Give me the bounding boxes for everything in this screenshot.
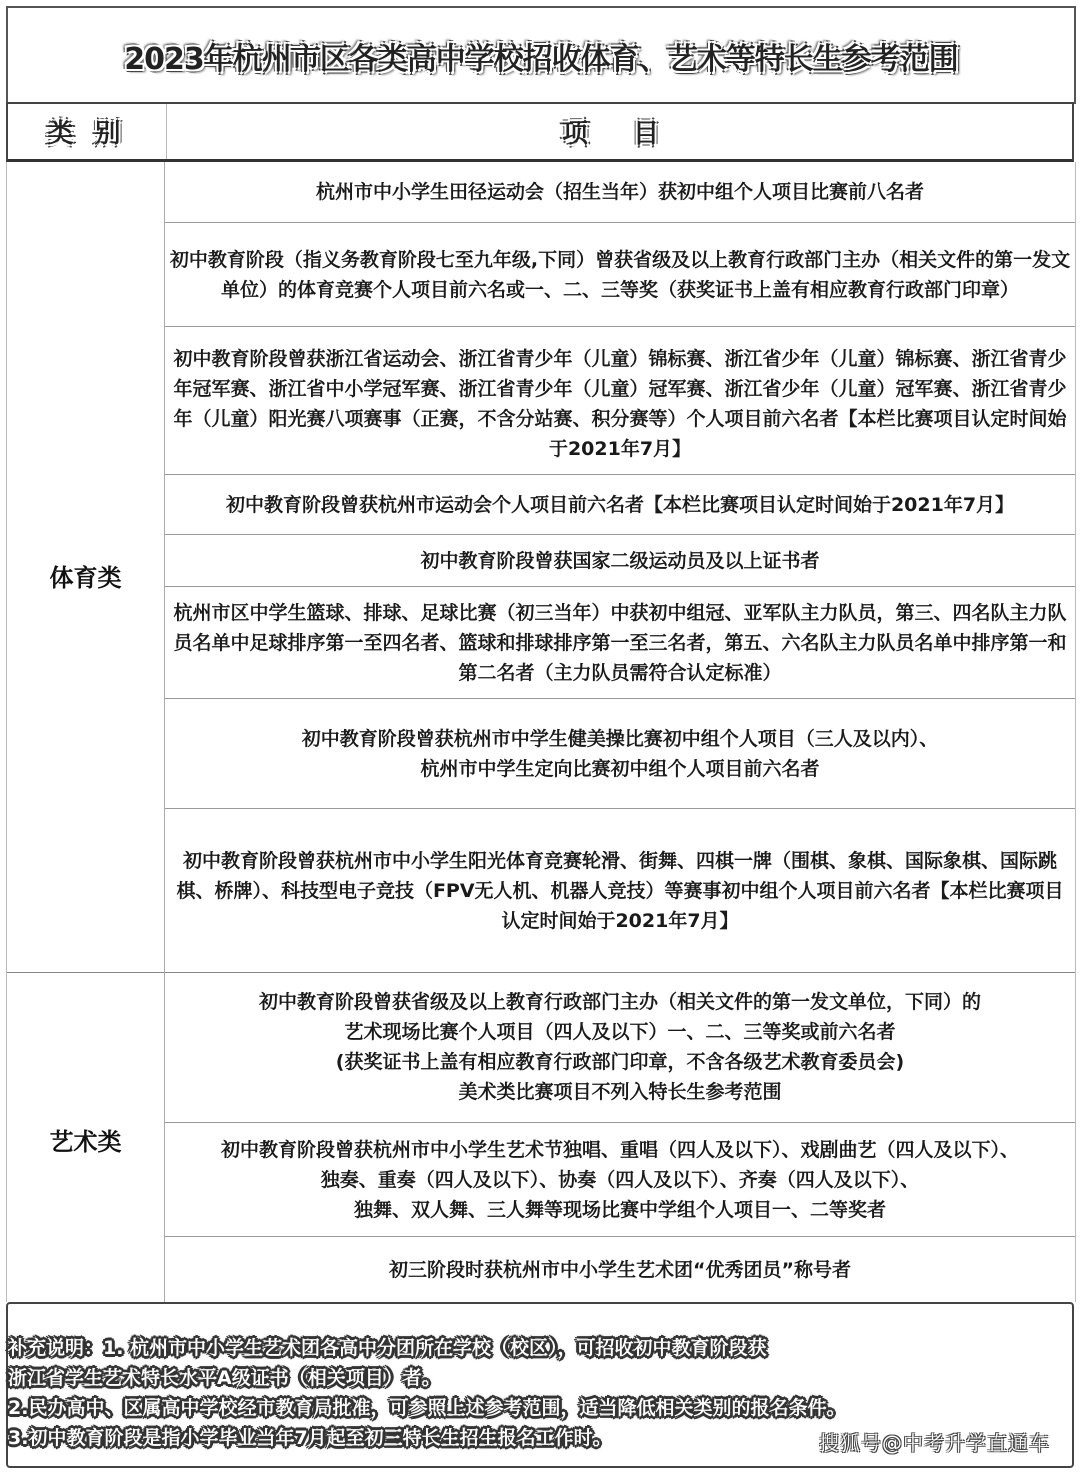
header-category: 类 别 bbox=[8, 104, 167, 159]
table-row: 初中教育阶段曾获杭州市中学生健美操比赛初中组个人项目（三人及以内）、 杭州市中学… bbox=[165, 698, 1075, 808]
table-row: 初中教育阶段（指义务教育阶段七至九年级,下同）曾获省级及以上教育行政部门主办（相… bbox=[165, 222, 1075, 326]
page-title: 2023年杭州市区各类高中学校招收体育、艺术等特长生参考范围 bbox=[124, 34, 958, 78]
sports-rows: 杭州市中小学生田径运动会（招生当年）获初中组个人项目比赛前八名者 初中教育阶段（… bbox=[165, 162, 1075, 972]
note-line: 3.初中教育阶段是指小学毕业当年7月起至初三特长生招生报名工作时。 bbox=[8, 1424, 612, 1452]
supplementary-notes: 补充说明：1. 杭州市中小学生艺术团各高中分团所在学校（校区），可招收初中教育阶… bbox=[6, 1302, 1074, 1468]
title-box: 2023年杭州市区各类高中学校招收体育、艺术等特长生参考范围 bbox=[6, 6, 1076, 104]
group-arts: 艺术类 初中教育阶段曾获省级及以上教育行政部门主办（相关文件的第一发文单位，下同… bbox=[7, 972, 1075, 1302]
table-body: 体育类 杭州市中小学生田径运动会（招生当年）获初中组个人项目比赛前八名者 初中教… bbox=[6, 162, 1076, 1302]
table-row: 初中教育阶段曾获浙江省运动会、浙江省青少年（儿童）锦标赛、浙江省少年（儿童）锦标… bbox=[165, 326, 1075, 474]
note-line: 浙江省学生艺术特长水平A级证书（相关项目）者。 bbox=[8, 1364, 441, 1392]
note-line: 补充说明：1. 杭州市中小学生艺术团各高中分团所在学校（校区），可招收初中教育阶… bbox=[8, 1334, 767, 1362]
document-sheet: 2023年杭州市区各类高中学校招收体育、艺术等特长生参考范围 类 别 项 目 体… bbox=[6, 6, 1074, 1468]
group-sports: 体育类 杭州市中小学生田径运动会（招生当年）获初中组个人项目比赛前八名者 初中教… bbox=[7, 162, 1075, 972]
arts-rows: 初中教育阶段曾获省级及以上教育行政部门主办（相关文件的第一发文单位，下同）的 艺… bbox=[165, 972, 1075, 1302]
table-row: 初中教育阶段曾获国家二级运动员及以上证书者 bbox=[165, 534, 1075, 586]
table-row: 杭州市中小学生田径运动会（招生当年）获初中组个人项目比赛前八名者 bbox=[165, 162, 1075, 222]
table-row: 初中教育阶段曾获杭州市中小学生阳光体育竞赛轮滑、街舞、四棋一牌（围棋、象棋、国际… bbox=[165, 808, 1075, 972]
table-row: 初中教育阶段曾获杭州市中小学生艺术节独唱、重唱（四人及以下）、戏剧曲艺（四人及以… bbox=[165, 1122, 1075, 1236]
category-label: 体育类 bbox=[50, 558, 122, 593]
category-label: 艺术类 bbox=[50, 1122, 122, 1157]
table-row: 杭州市区中学生篮球、排球、足球比赛（初三当年）中获初中组冠、亚军队主力队员，第三… bbox=[165, 586, 1075, 698]
table-header: 类 别 项 目 bbox=[6, 102, 1074, 162]
category-cell-arts: 艺术类 bbox=[7, 972, 165, 1302]
category-cell-sports: 体育类 bbox=[7, 162, 165, 972]
table-row: 初中教育阶段曾获省级及以上教育行政部门主办（相关文件的第一发文单位，下同）的 艺… bbox=[165, 972, 1075, 1122]
table-row: 初中教育阶段曾获杭州市运动会个人项目前六名者【本栏比赛项目认定时间始于2021年… bbox=[165, 474, 1075, 534]
watermark: 搜狐号@中考升学直通车 bbox=[819, 1427, 1050, 1456]
table-row: 初三阶段时获杭州市中小学生艺术团“优秀团员”称号者 bbox=[165, 1236, 1075, 1302]
note-line: 2.民办高中、区属高中学校经市教育局批准，可参照上述参考范围，适当降低相关类别的… bbox=[8, 1394, 845, 1422]
header-items: 项 目 bbox=[167, 104, 1072, 159]
